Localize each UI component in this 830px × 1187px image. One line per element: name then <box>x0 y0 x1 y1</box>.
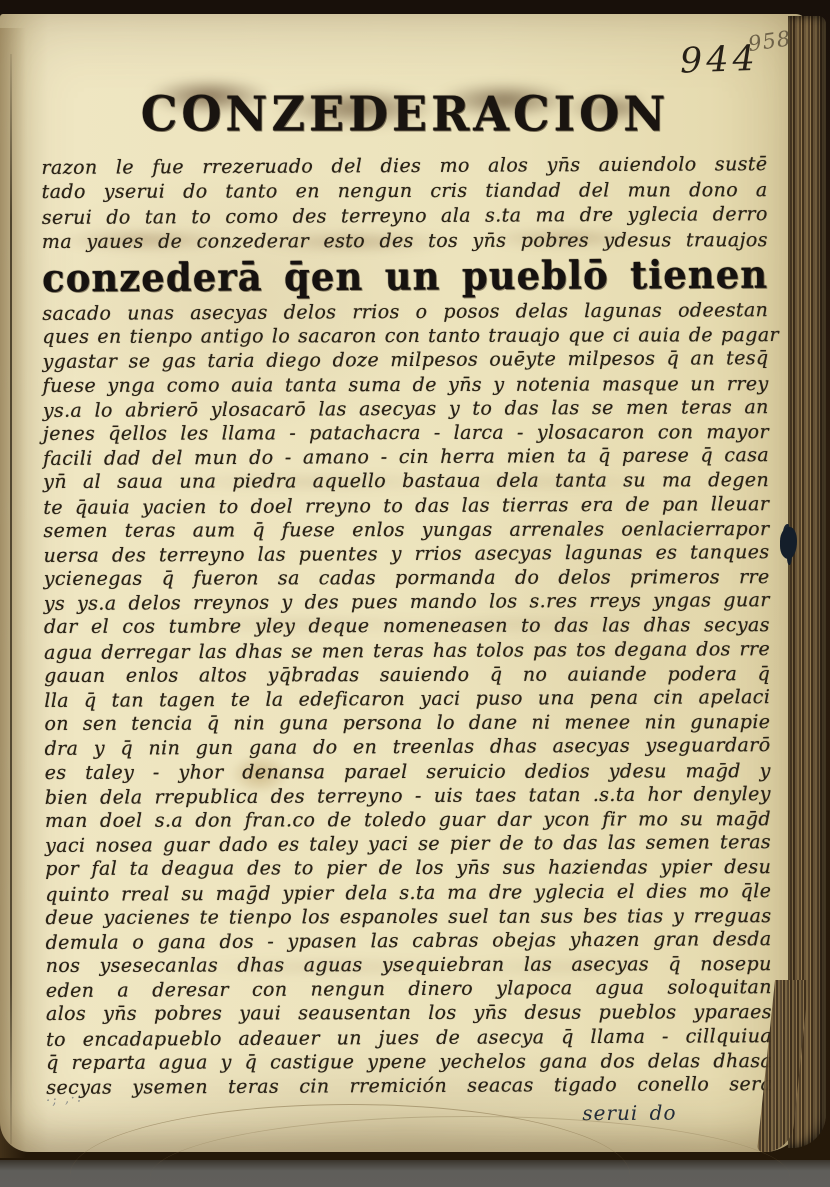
manuscript-line: alos yn̄s pobres yaui seausentan los yn̄… <box>46 1000 772 1026</box>
manuscript-line: eden a deresar con nengun dinero ylapoca… <box>46 975 772 1003</box>
manuscript-line: ycienegas q̄ fueron sa cadas pormanda do… <box>44 565 770 591</box>
manuscript-line: ys ys.a delos rreynos y des pues mando l… <box>44 588 770 616</box>
manuscript-line: deue yacienes te tienpo los espanoles su… <box>45 904 771 930</box>
manuscript-line: ques en tienpo antigo lo sacaron con tan… <box>42 323 768 349</box>
manuscript-line: quinto rreal su maḡd ypier dela s.ta ma … <box>45 879 771 907</box>
manuscript-line: on sen tencia q̄ nin guna persona lo dan… <box>44 710 770 736</box>
manuscript-line: dar el cos tumbre yley deque nomeneasen … <box>44 613 770 639</box>
manuscript-line: uersa des terreyno las puentes y rrios a… <box>43 540 769 568</box>
manuscript-line: serui do tan to como des terreyno ala s.… <box>42 202 768 231</box>
manuscript-line: yaci nosea guar dado es taley yaci se pi… <box>45 830 771 858</box>
manuscript-page: 944 958 CONZEDERACION razon le fue rreze… <box>0 14 806 1152</box>
manuscript-line: tado yserui do tanto en nengun cris tian… <box>42 178 768 205</box>
manuscript-line: q̄ reparta agua y q̄ castigue ypene yech… <box>46 1049 772 1075</box>
manuscript-text-block: razon le fue rrezeruado del dies mo alos… <box>41 152 772 1128</box>
manuscript-line: por fal ta deagua des to pier de los yn̄… <box>45 855 771 881</box>
manuscript-line: yn̄ al saua una piedra aquello bastaua d… <box>43 468 769 494</box>
manuscript-line: dra y q̄ nin gun gana do en treenlas dha… <box>45 733 771 761</box>
manuscript-line: facili dad del mun do - amano - cin herr… <box>43 443 769 471</box>
manuscript-line: razon le fue rrezeruado del dies mo alos… <box>41 152 767 181</box>
manuscript-line: te q̄auia yacien to doel rreyno to das l… <box>43 492 769 520</box>
book-fore-edge <box>788 16 826 1148</box>
manuscript-line: semen teras aum q̄ fuese enlos yungas ar… <box>43 517 769 543</box>
manuscript-line: ys.a lo abrierō ylosacarō las asecyas y … <box>43 395 769 423</box>
manuscript-line: to encadapueblo adeauer un jues de asecy… <box>46 1024 772 1052</box>
paragraph-1: razon le fue rrezeruado del dies mo alos… <box>41 152 768 256</box>
manuscript-line: man doel s.a don fran.co de toledo guar … <box>45 807 771 833</box>
manuscript-line: bien dela rrepublica des terreyno - uis … <box>45 782 771 810</box>
manuscript-line: gauan enlos altos yq̄bradas sauiendo q̄ … <box>44 662 770 688</box>
manuscript-line: demula o gana dos - ypasen las cabras ob… <box>46 927 772 955</box>
section-heading: conzederā q̄en un pueblō tienen <box>42 251 768 303</box>
page-title: CONZEDERACION <box>105 87 705 141</box>
paragraph-2: sacado unas asecyas delos rrios o posos … <box>42 298 772 1100</box>
manuscript-line: agua derregar las dhas se men teras has … <box>44 637 770 665</box>
manuscript-line: lla q̄ tan tagen te la edeficaron yaci p… <box>44 685 770 713</box>
gutter-shadow <box>0 28 26 1158</box>
gutter-crease-line <box>10 54 12 1144</box>
manuscript-line: jenes q̄ellos les llama - patachacra - l… <box>43 420 769 446</box>
manuscript-line: es taley - yhor denansa parael seruicio … <box>45 759 771 785</box>
manuscript-line: ygastar se gas taria diego doze milpesos… <box>42 346 768 374</box>
manuscript-line: nos ysesecanlas dhas aguas ysequiebran l… <box>46 952 772 978</box>
manuscript-line: secyas ysemen teras cin rremición seacas… <box>46 1072 772 1100</box>
manuscript-line: fuese ynga como auia tanta suma de yn̄s … <box>43 372 769 398</box>
